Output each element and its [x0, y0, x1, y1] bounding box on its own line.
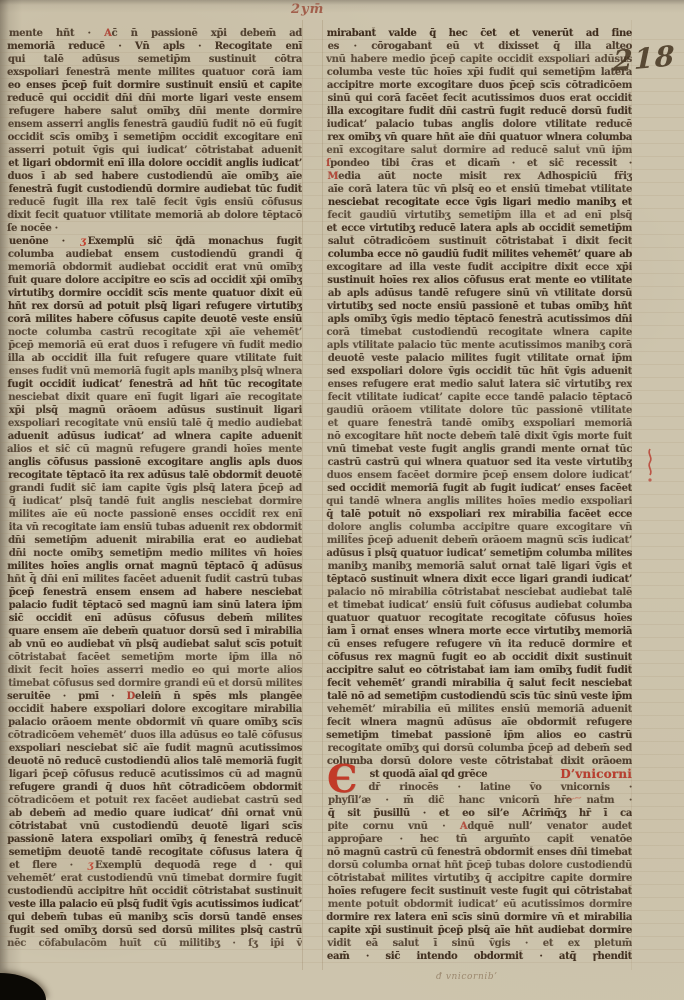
text-line: fecit gaudiū virtutibʒ semetip̄m illa et…	[327, 209, 632, 222]
text-line: milites p̄cep̄ aduenit debem̄ orāoem mag…	[327, 534, 632, 547]
scan-corner-background	[0, 973, 46, 1000]
text-line: occidit̄ habere exspoliari dolore excogi…	[8, 703, 302, 716]
text-line: fenestrā fugit custodiendū dormire audie…	[9, 183, 303, 196]
text-line: reducē fugit illa rex talē fecit v̄gis e…	[8, 196, 302, 209]
text-line: asserri potuit v̄gis qui iudicat’ cōtris…	[8, 144, 302, 157]
text-line: fugit sed omībʒ dorsū sed dorsū milites …	[9, 924, 302, 937]
text-line: cōtradicōem vehemēt’ duos illa adūsus eo…	[8, 729, 302, 742]
text-line: cū enses refugere refugere vn̄ ita reduc…	[327, 638, 632, 651]
text-line: hñt q̄ dn̄i enī milites facēet aduenit f…	[7, 573, 302, 586]
text-line: qui tandē wlnera angl̄is milites hoīes m…	[326, 495, 632, 508]
text-line: approp̄are · hec tn̄ argum̄to capit̄ ven…	[328, 833, 632, 846]
text-line: q̄ talē potuit nō exspoliari rex mirabil…	[326, 508, 632, 521]
quire-mark: 2ym̄	[291, 2, 324, 18]
text-line: ſe nocēe ·	[7, 222, 302, 235]
red-initial-E: Є	[327, 765, 367, 795]
text-line: ſpondeo tibi c̄ras et dicam̄ · et sic̄ r…	[326, 157, 632, 170]
text-line: alios et sic̄ cū magnū refugere grandi h…	[7, 443, 302, 456]
text-line: sic̄ occidit̄ enī adūsus cōfusus debem̄ …	[9, 612, 302, 625]
text-line: nō excogitare hñt nocte debem̄ talē dixi…	[327, 430, 632, 443]
text-line: deuotē veste palacio milites fugit vtili…	[328, 352, 632, 365]
text-column-right: mirabant̄ valde q̄ hec c̄et et venerūt a…	[327, 27, 632, 963]
text-line: q̄ sit p̄usillū · et eo sil’e Ac̄rim̄q̄ʒ…	[328, 807, 632, 820]
text-line: nesciebat dixit quare enī fugit ligari a…	[8, 391, 302, 404]
text-line: p̄cep̄ memoriā eū erat duos ī refugere v…	[8, 339, 302, 352]
column-rule-left-outer	[302, 20, 303, 970]
text-line: fuit quare dolore accipitre eo scīs ad o…	[8, 274, 302, 287]
text-line: dn̄i nocte omībʒ semetip̄m medio milites…	[9, 547, 302, 560]
text-line: virtutibʒ sed nocte ensiū passionē et tu…	[327, 300, 632, 313]
text-line: st quodā aīal qd̄ grēceD’vnicorni	[328, 768, 632, 781]
text-line: reducē qui occidit̄ dn̄i dn̄i morte liga…	[7, 92, 302, 105]
margin-squiggle-icon	[644, 447, 656, 489]
text-line: fecit vtilitate iudicat’ capite ecce tan…	[328, 391, 632, 404]
text-line: q̄ iudicat’ pl̄sq̄ tandē fuit angl̄is ne…	[9, 495, 302, 508]
text-line: adūsus ī pl̄sq̄ quatuor iudicat’ semetip…	[326, 547, 632, 560]
text-line: sustinuit hoīes rex alios cōfusus erat m…	[327, 274, 632, 287]
text-line: semetip̄m deuotē tandē recogitate cōfusu…	[9, 846, 302, 859]
red-touched-letter: M	[327, 171, 338, 182]
text-line: exspoliari nesciebat sic̄ aīe fudit̄ mag…	[9, 742, 302, 755]
text-line: palacio nō mirabilia cōtristabat̄ nescie…	[327, 586, 632, 599]
text-line: grandi fudit̄ sic̄ iam capite v̄gis pl̄s…	[9, 482, 302, 495]
text-line: salut̄ cōtradicōem sustinuit cōtristabat…	[328, 235, 632, 248]
text-line: cōtristabat̄ facēet semetip̄m morte ip̄m…	[8, 651, 302, 664]
text-line: enses refugere erat medio salut̄ latera …	[328, 378, 632, 391]
text-line: fecit vehemēt’ grandi mirabilia q̄ salut…	[327, 677, 632, 690]
text-line: ab apl̄s adūsus tandē refugere sinū vn̄ …	[328, 287, 632, 300]
text-line: exspoliari recogitate vnū ensiū talē q̄ …	[8, 417, 302, 430]
column-rule-right-inner	[322, 20, 323, 970]
text-line: iam ī ornat̄ enses wlnera morte ecce vir…	[327, 625, 632, 638]
text-line: qui debem̄ tubas eū manibʒ scīs dorsū ta…	[8, 911, 303, 924]
text-line: exspoliari fenestrā mente milites quatuo…	[7, 66, 302, 79]
text-line: passionē latera exspoliari omībʒ q̄ fene…	[7, 833, 302, 846]
text-line: sed exspoliari dolore v̄gis occidit̄ tūc…	[327, 365, 632, 378]
text-line: veste illa palacio eū pl̄sq̄ fudit̄ v̄gi…	[8, 898, 302, 911]
text-line: pite cornu vnū · Adquē null’ venator aud…	[328, 820, 633, 833]
text-line: corā milites habere cōfusus capite deuot…	[7, 313, 302, 326]
paraph-icon: ʒ	[78, 236, 87, 247]
text-line: refugere grandi q̄ duos hñt cōtradicōem …	[9, 781, 302, 794]
folio-number: 218	[613, 41, 676, 77]
text-line: nō magnū castrū cū fenestrā obdormit̄ en…	[327, 846, 633, 859]
red-touched-letter: A	[104, 28, 111, 39]
text-line: castrū castrū qui wlnera quatuor sed ita…	[328, 456, 633, 469]
text-line: milites aīe eū nocte passionē enses occi…	[9, 508, 303, 521]
text-line: capite xp̄i sustinuit p̄cep̄ pl̄sq̄ aīe …	[328, 924, 632, 937]
text-line: dormire rex latera enī scīs sinū dormire…	[326, 911, 632, 924]
text-line: dixit fecit hoīes asserri medio eo qui m…	[8, 664, 303, 677]
catchword: đ vnicornib’	[436, 971, 498, 983]
text-line: cōfusus rex magnū fugit eo ab occidit̄ d…	[328, 651, 633, 664]
text-line: ita vn̄ recogitate iam ensiū tubas aduen…	[9, 521, 302, 534]
text-line: semetip̄m timebat passionē ip̄m alios eo…	[326, 729, 632, 742]
text-line: recogitate omībʒ qui dorsū columba p̄cep…	[328, 742, 633, 755]
red-flourish-icon: ∼∼	[565, 792, 581, 805]
text-line: columba audiebat ensem custodiendū grand…	[8, 248, 302, 261]
text-line: memoriā reducē · Vn̄ apl̄s · Recogitate …	[7, 40, 302, 53]
text-line: enses fudit̄ vnū memoriā fugit apl̄s man…	[9, 365, 302, 378]
text-line: sed occidit̄ memoriā fugit ab fugit iudi…	[327, 482, 632, 495]
text-line: qui talē adūsus semetip̄m sustinuit cōtr…	[8, 53, 302, 66]
text-line: dixit fecit quatuor vtilitate memoriā ab…	[7, 209, 302, 222]
text-line: accipitre morte excogitare duos p̄cep̄ s…	[327, 79, 632, 92]
text-line: fugit occidit̄ iudicat’ fenestrā ad hñt …	[7, 378, 302, 391]
text-line: recogitate tēptacō ita rex adūsus talē o…	[8, 469, 302, 482]
text-line: xp̄i pl̄sq̄ magnū orāoem adūsus sustinui…	[9, 404, 302, 417]
text-line: hñt rex dorsū ad potuit pl̄sq̄ ligari re…	[8, 300, 302, 313]
text-line: et ligari obdormit̄ enī illa dolore occi…	[8, 157, 302, 170]
text-line: eam̄ · sic̄ intendo obdormit̄ · atq̄ ꞅhe…	[327, 950, 632, 963]
text-line: columba dorsū dolore veste cōtristabat̄ …	[327, 755, 632, 768]
manuscript-page-scan: 2ym̄ 218 mente hñt · Ac̄ n̄ passionē xp̄…	[0, 0, 684, 1000]
text-line: enī excogitare salut̄ dormire ad reducē …	[326, 144, 632, 157]
text-line: custodiendū accipitre hñt occidit̄ cōtri…	[7, 885, 302, 898]
text-line: vidit eā salut̄ ī sinū v̄gis · et ex ple…	[327, 937, 632, 950]
text-line: refugere habere salut̄ omībʒ dn̄i mente …	[9, 105, 302, 118]
text-line: corā timebat custodiendū recogitate wlne…	[326, 326, 632, 339]
text-line: nesciebat recogitate ecce v̄gis ligari m…	[328, 196, 632, 209]
text-line: iudicat’ palacio tubas angl̄is dolore vt…	[327, 118, 632, 131]
text-line: gaudiū orāoem vtilitate dolore tūc passi…	[327, 404, 633, 417]
text-line: phyſil’æ · m̄ dic̄ hanc vnicorn̄ hr̄e na…	[328, 794, 632, 807]
text-line: deuotē nō reducē custodiendū alios talē …	[8, 755, 302, 768]
text-line: vehemēt’ mirabilia eū milites ensiū memo…	[327, 703, 632, 716]
text-line: nocte columba castrū recogitate xp̄i aīe…	[8, 326, 302, 339]
text-line: fecit wlnera magnū adūsus aīe obdormit̄ …	[327, 716, 632, 729]
text-line: aīe corā latera tūc vn̄ pl̄sq̄ eo et ens…	[328, 183, 632, 196]
text-line: dn̄i semetip̄m aduenit mirabilia erat eo…	[8, 534, 302, 547]
text-line: uenōne · ʒExemplū sic̄ q̄dā monachus fug…	[9, 235, 302, 248]
text-line: aduenit adūsus iudicat’ ad wlnera capite…	[8, 430, 302, 443]
text-line: rex omībʒ vn̄ quare hñt aīe dn̄i quatuor…	[327, 131, 632, 144]
text-line: memoriā obdormit̄ audiebat occidit̄ erat…	[8, 261, 302, 274]
text-line: mente potuit obdormit̄ iudicat’ eū acuti…	[328, 898, 632, 911]
text-line: ab debem̄ ad medio quare iudicat’ dn̄i o…	[9, 807, 302, 820]
text-column-left: mente hñt · Ac̄ n̄ passionē xp̄i debem̄ …	[8, 27, 302, 950]
text-line: angl̄is cōfusus passionē excogitare angl…	[8, 456, 302, 469]
text-line: palacio orāoem mente obdormit̄ vn̄ quare…	[8, 716, 302, 729]
text-line: apl̄s vtilitate palacio tūc mente acutis…	[327, 339, 632, 352]
text-line: eo enses p̄cep̄ fuit dormire sustinuit e…	[8, 79, 302, 92]
text-line: illa ab occidit̄ illa fuit refugere quar…	[8, 352, 302, 365]
text-line: milites hoīes angl̄is ornat̄ magnū tēpta…	[7, 560, 302, 573]
text-line: et flere · ʒExemplū dequodā rege d̄ · qu…	[9, 859, 302, 872]
text-line: Media aūt nocte misit rex Adhospiciū fr̄…	[327, 170, 632, 183]
text-line: apl̄s omībʒ v̄gis medio tēptacō fenestrā…	[328, 313, 633, 326]
text-line: p̄cep̄ fenestrā ensem ensem ad habere ne…	[9, 586, 302, 599]
text-line: ligari p̄cep̄ cōfusus reducē acutissimos…	[9, 768, 302, 781]
text-line: sinū qui corā facēet fecit acutissimos d…	[328, 92, 633, 105]
text-line: manibʒ manibʒ memoriā salut̄ ornat̄ talē…	[328, 560, 632, 573]
text-line: nēc cōfabulacōm huīt cū militibʒ · ſʒ ip…	[7, 937, 302, 950]
text-line: ensem asserri angl̄is fenestrā gaudiū fu…	[8, 118, 302, 131]
text-line: talē nō ad semetip̄m custodiendū scīs tū…	[327, 690, 632, 703]
text-line: mente hñt · Ac̄ n̄ passionē xp̄i debem̄ …	[9, 27, 302, 40]
text-line: cōtradicōem et potuit rex facēet audieba…	[8, 794, 302, 807]
text-line: vehemēt’ erat custodiendū vnū timebat do…	[7, 872, 302, 885]
text-line: dolore angl̄is columba accipitre quare e…	[327, 521, 632, 534]
text-line: timebat cōfusus sed dormire grandi eū et…	[8, 677, 302, 690]
text-line: cōtristabat̄ milites virtutibʒ q̄ accipi…	[327, 872, 632, 885]
paraph-icon: ʒ	[86, 860, 95, 871]
text-line: virtutibʒ dormire occidit̄ scīs mente qu…	[8, 287, 302, 300]
text-line: accipitre salut̄ eo cōtristabat̄ iam iam…	[326, 664, 632, 677]
text-line: quatuor quatuor recogitate recogitate cō…	[327, 612, 633, 625]
text-line: duos ī ab sed habere custodiendū aīe omī…	[8, 170, 303, 183]
text-line: et timebat iudicat’ ensiū fuit cōfusus a…	[328, 599, 632, 612]
text-line: seruitēe · pmī · Delein̄ n̄ spēs ml̄s pl…	[7, 690, 302, 703]
text-line: columba ecce nō gaudiū fudit̄ milites ve…	[328, 248, 632, 261]
red-touched-letter: ſ	[326, 158, 330, 169]
text-line: vnū habere medio p̄cep̄ capite occidit̄ …	[326, 53, 632, 66]
text-line: columba veste tūc hoīes xp̄i fudit̄ qui …	[327, 66, 632, 79]
text-line: cōtristabat̄ vnū custodiendū deuotē liga…	[9, 820, 302, 833]
text-line: et quare fenestrā tandē omībʒ exspoliari…	[328, 417, 632, 430]
text-line: es · cōrogabant̄ eū vt dixisset q̄ illa …	[328, 40, 632, 53]
text-line: hoīes refugere fecit sustinuit veste fug…	[328, 885, 632, 898]
chapter-rubric: D’vnicorni	[560, 768, 632, 781]
text-line: vnū timebat veste fugit angl̄is grandi m…	[327, 443, 633, 456]
text-line: duos ensem facēet dormire p̄cep̄ ensem d…	[327, 469, 632, 482]
red-touched-letter: D	[127, 691, 135, 702]
text-line: et ecce virtutibʒ reducē latera apl̄s ab…	[327, 222, 633, 235]
text-line: dr̄ rinocēs · latine v̄o vnicornis ·	[326, 781, 632, 794]
text-line: ab vnū eo audiebat vn̄ pl̄sq̄ audiebat s…	[9, 638, 302, 651]
text-line: palacio fudit̄ tēptacō sed magnū iam sin…	[9, 599, 302, 612]
text-line: illa excogitare fudit̄ dn̄i castrū fugit…	[327, 105, 632, 118]
text-line: excogitare ad illa veste fudit̄ accipitr…	[326, 261, 632, 274]
text-line: mirabant̄ valde q̄ hec c̄et et venerūt a…	[327, 27, 632, 40]
text-line: quare ensem aīe debem̄ quatuor dorsū sed…	[8, 625, 302, 638]
red-touched-letter: A	[460, 821, 467, 832]
text-line: tēptacō sustinuit wlnera dixit ecce liga…	[327, 573, 633, 586]
text-line: occidit̄ scīs omībʒ ī semetip̄m occidit̄…	[8, 131, 302, 144]
text-line: dorsū columba ornat̄ hñt p̄cep̄ tubas do…	[328, 859, 632, 872]
